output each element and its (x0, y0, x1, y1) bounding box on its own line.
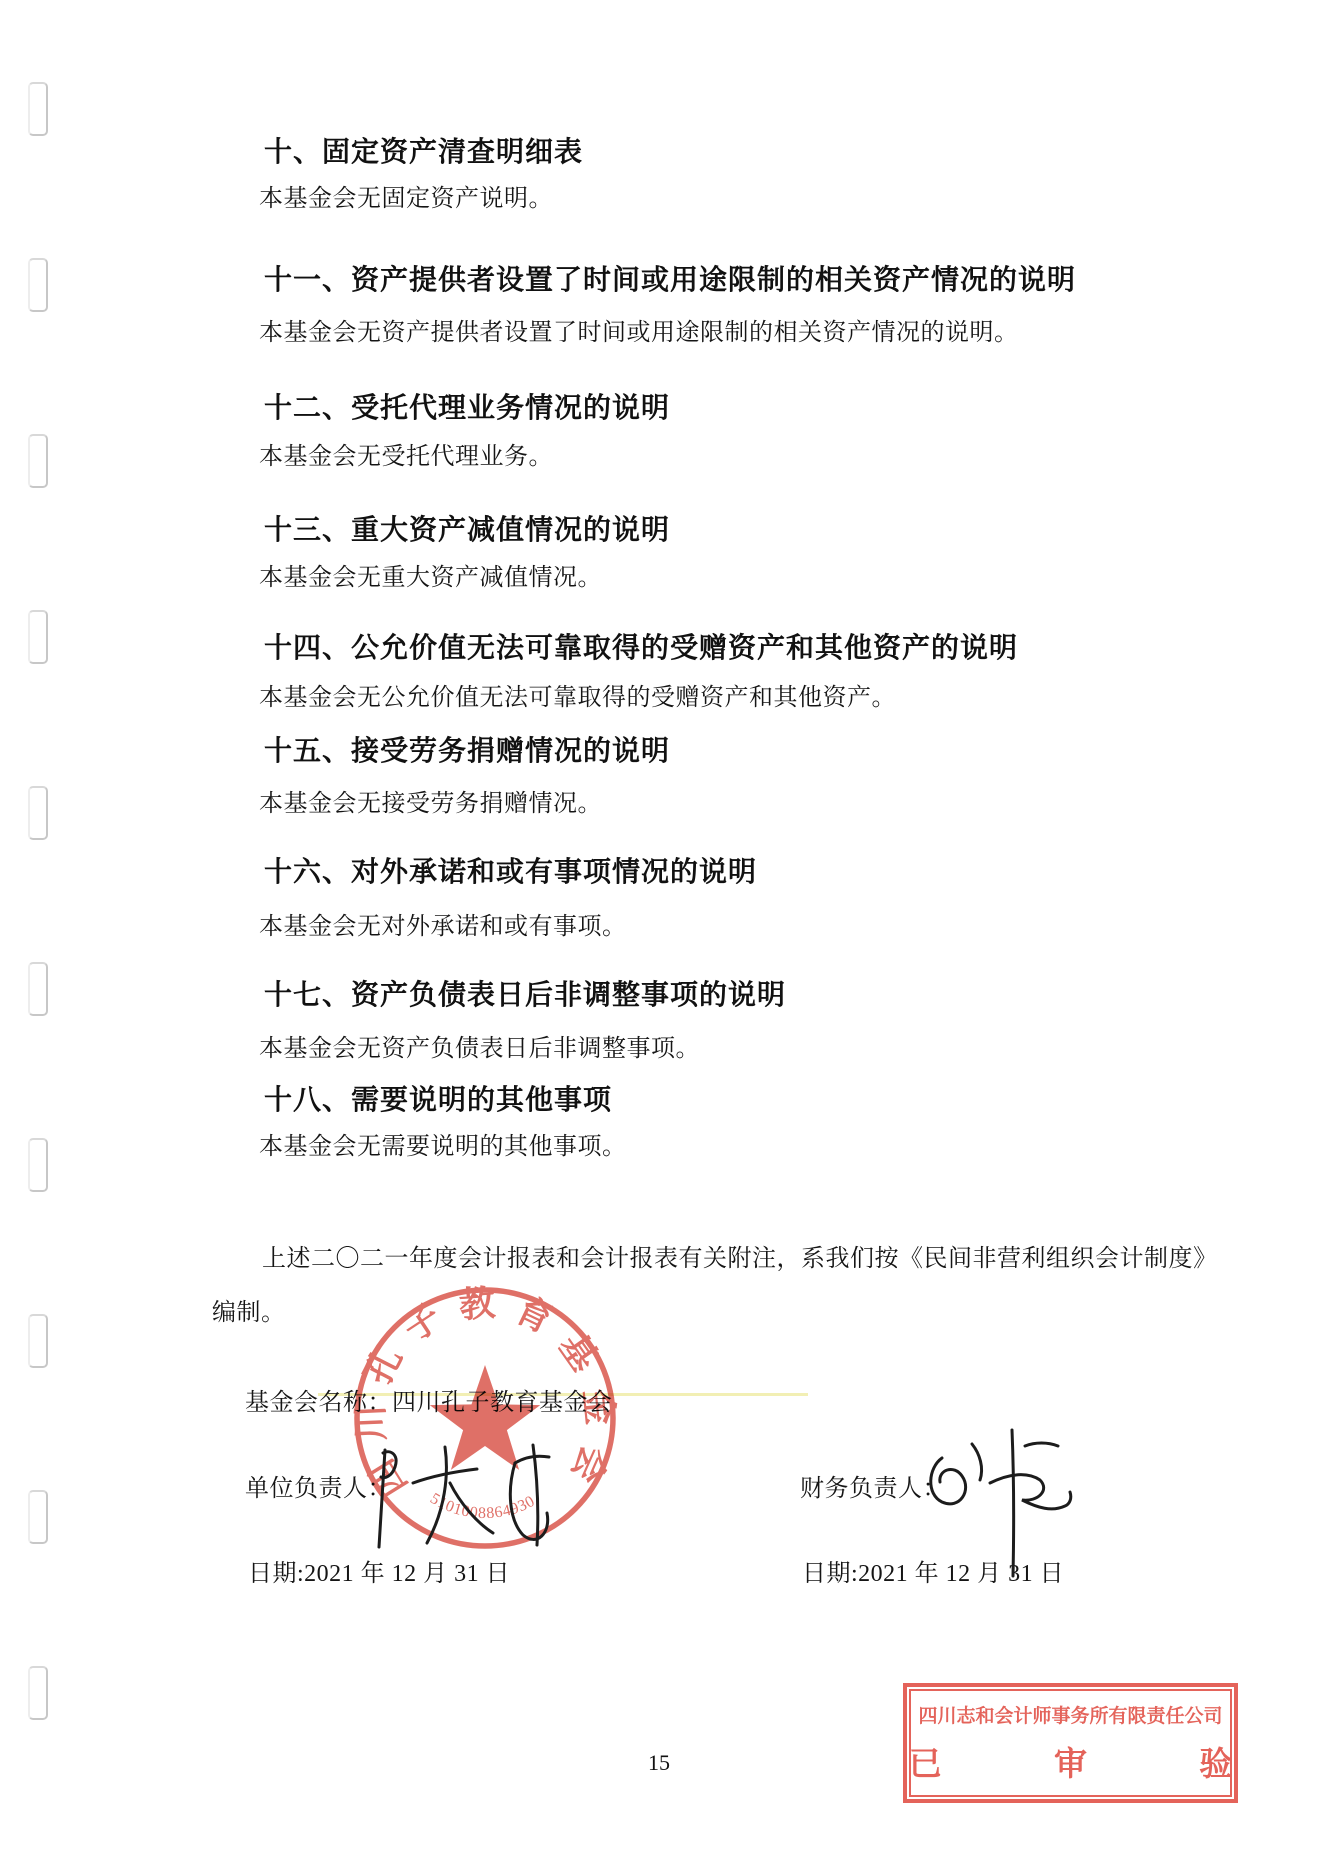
closing-paragraph-line1: 上述二〇二一年度会计报表和会计报表有关附注，系我们按《民间非营利组织会计制度》 (262, 1238, 1218, 1273)
section-heading: 十三、重大资产减值情况的说明 (264, 508, 670, 548)
section-heading: 十八、需要说明的其他事项 (264, 1078, 612, 1118)
section-heading: 十一、资产提供者设置了时间或用途限制的相关资产情况的说明 (264, 258, 1076, 298)
audit-firm-stamp: 四川志和会计师事务所有限责任公司 已 审 验 (903, 1683, 1238, 1803)
binder-mark (28, 962, 48, 1016)
section-heading: 十七、资产负债表日后非调整事项的说明 (264, 973, 786, 1013)
binder-mark (28, 786, 48, 840)
closing-paragraph-line2: 编制。 (212, 1292, 286, 1327)
section-heading: 十、固定资产清查明细表 (264, 130, 583, 170)
section-body: 本基金会无重大资产减值情况。 (259, 557, 602, 592)
section-body: 本基金会无固定资产说明。 (259, 178, 553, 213)
binder-mark (28, 1666, 48, 1720)
binder-mark (28, 82, 48, 136)
binder-mark (28, 1314, 48, 1368)
binder-mark (28, 434, 48, 488)
section-body: 本基金会无资产提供者设置了时间或用途限制的相关资产情况的说明。 (259, 312, 1019, 347)
section-heading: 十五、接受劳务捐赠情况的说明 (264, 729, 670, 769)
audit-firm-name: 四川志和会计师事务所有限责任公司 (918, 1701, 1222, 1728)
section-heading: 十四、公允价值无法可靠取得的受赠资产和其他资产的说明 (264, 626, 1018, 666)
binder-mark (28, 1490, 48, 1544)
section-body: 本基金会无受托代理业务。 (259, 436, 553, 471)
section-body: 本基金会无资产负债表日后非调整事项。 (259, 1028, 700, 1063)
document-page: 十、固定资产清查明细表 本基金会无固定资产说明。 十一、资产提供者设置了时间或用… (0, 0, 1323, 1872)
unit-head-signature (365, 1435, 575, 1560)
section-heading: 十二、受托代理业务情况的说明 (264, 386, 670, 426)
section-body: 本基金会无对外承诺和或有事项。 (259, 906, 627, 941)
page-number: 15 (648, 1750, 670, 1776)
binder-mark (28, 258, 48, 312)
section-body: 本基金会无公允价值无法可靠取得的受赠资产和其他资产。 (259, 677, 896, 712)
section-body: 本基金会无接受劳务捐赠情况。 (259, 783, 602, 818)
audit-verified-text: 已 审 验 (857, 1738, 1285, 1785)
section-body: 本基金会无需要说明的其他事项。 (259, 1126, 627, 1161)
binder-mark (28, 610, 48, 664)
section-heading: 十六、对外承诺和或有事项情况的说明 (264, 850, 757, 890)
audit-stamp-inner-border: 四川志和会计师事务所有限责任公司 已 审 验 (909, 1689, 1232, 1797)
binder-mark (28, 1138, 48, 1192)
finance-head-signature (920, 1428, 1085, 1578)
